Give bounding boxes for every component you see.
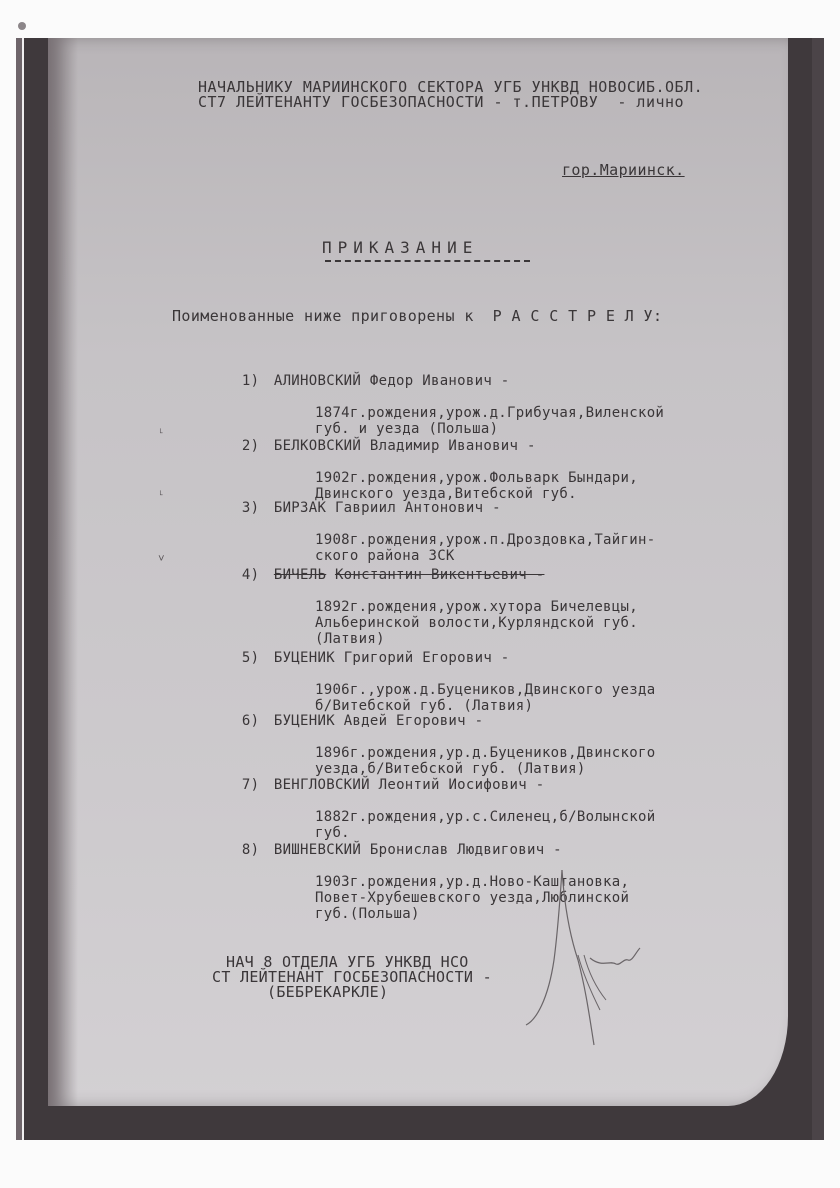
- margin-mark: ˅: [158, 551, 165, 567]
- list-item: 8)ВИШНЕВСКИЙ Бронислав Людвигович - 1903…: [172, 826, 772, 922]
- given-name: Федор Иванович -: [370, 373, 510, 389]
- surname: БУЦЕНИК: [274, 713, 335, 729]
- item-number: 8): [242, 842, 274, 858]
- signatory-line-3: (БЕБРЕКАРКЛЕ): [212, 985, 492, 1000]
- intro-line: Поименованные ниже приговорены к Р А С С…: [172, 308, 662, 324]
- details-line: 1874г.рождения,урож.д.Грибучая,Виленской: [315, 405, 772, 421]
- item-number: 2): [242, 438, 274, 454]
- title-underline: [325, 260, 530, 262]
- surname: БИРЗАК: [274, 500, 326, 516]
- city-line: гор.Мариинск.: [562, 162, 685, 178]
- item-number: 5): [242, 650, 274, 666]
- margin-mark: ˪: [158, 422, 165, 438]
- surname: АЛИНОВСКИЙ: [274, 373, 361, 389]
- item-number: 7): [242, 777, 274, 793]
- details-line: Альберинской волости,Курляндской губ.: [315, 615, 772, 631]
- surname: БЕЛКОВСКИЙ: [274, 438, 361, 454]
- surname: БИЧЕЛЬ: [274, 567, 326, 583]
- given-name: Бронислав Людвигович -: [370, 842, 562, 858]
- surname: ВИШНЕВСКИЙ: [274, 842, 361, 858]
- item-number: 6): [242, 713, 274, 729]
- given-name: Гавриил Антонович -: [335, 500, 501, 516]
- document-title: ПРИКАЗАНИЕ: [322, 240, 478, 256]
- item-number: 3): [242, 500, 274, 516]
- addressee-line-2: СТ7 ЛЕЙТЕНАНТУ ГОСБЕЗОПАСНОСТИ - т.ПЕТРО…: [198, 95, 778, 110]
- details-line: 1882г.рождения,ур.с.Силенец,б/Волынской: [315, 809, 772, 825]
- given-name: Григорий Егорович -: [344, 650, 510, 666]
- details-line: 1908г.рождения,урож.п.Дроздовка,Тайгин-: [315, 532, 772, 548]
- document-content: НАЧАЛЬНИКУ МАРИИНСКОГО СЕКТОРА УГБ УНКВД…: [0, 0, 840, 1188]
- details-line: 1896г.рождения,ур.д.Буцеников,Двинского: [315, 745, 772, 761]
- list-item: ˅ 4)БИЧЕЛЬ Константин Викентьевич - 1892…: [172, 551, 772, 647]
- signatory-block: НАЧ 8 ОТДЕЛА УГБ УНКВД НСО СТ ЛЕЙТЕНАНТ …: [212, 955, 492, 1000]
- item-number: 1): [242, 373, 274, 389]
- given-name: Константин Викентьевич -: [335, 567, 545, 583]
- details-line: 1906г.,урож.д.Буцеников,Двинского уезда: [315, 682, 772, 698]
- surname: ВЕНГЛОВСКИЙ: [274, 777, 370, 793]
- surname: БУЦЕНИК: [274, 650, 335, 666]
- given-name: Леонтий Иосифович -: [379, 777, 545, 793]
- details-line: 1892г.рождения,урож.хутора Бичелевцы,: [315, 599, 772, 615]
- item-number: 4): [242, 567, 274, 583]
- addressee-block: НАЧАЛЬНИКУ МАРИИНСКОГО СЕКТОРА УГБ УНКВД…: [198, 80, 778, 110]
- given-name: Авдей Егорович -: [344, 713, 484, 729]
- margin-mark: ˪: [158, 484, 165, 500]
- handwritten-signature: [520, 860, 660, 1050]
- given-name: Владимир Иванович -: [370, 438, 536, 454]
